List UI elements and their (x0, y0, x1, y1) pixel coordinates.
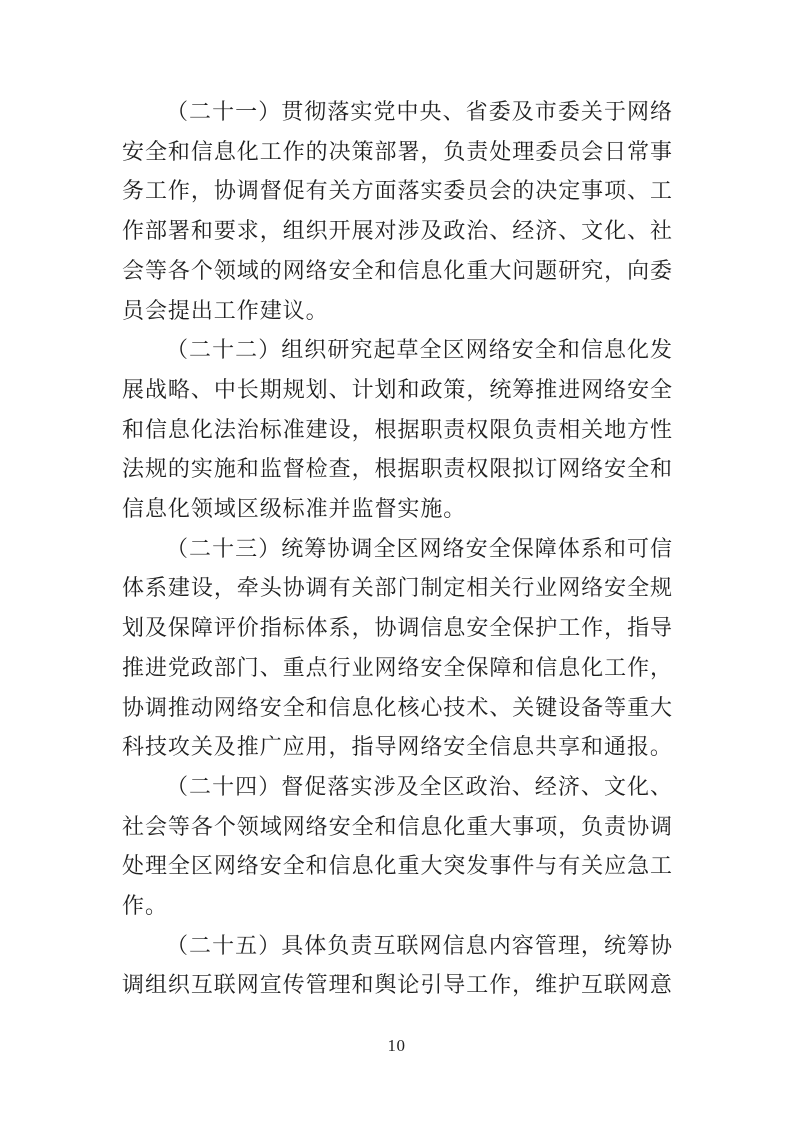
page-number: 10 (388, 1036, 406, 1055)
page-body: （二十一）贯彻落实党中央、省委及市委关于网络安全和信息化工作的决策部署，负责处理… (122, 92, 673, 1005)
document-page: （二十一）贯彻落实党中央、省委及市委关于网络安全和信息化工作的决策部署，负责处理… (0, 0, 793, 1122)
paragraph-22: （二十二）组织研究起草全区网络安全和信息化发展战略、中长期规划、计划和政策，统筹… (122, 330, 673, 529)
page-footer: 10 (0, 1036, 793, 1056)
paragraph-25: （二十五）具体负责互联网信息内容管理，统筹协调组织互联网宣传管理和舆论引导工作，… (122, 926, 673, 1005)
paragraph-24: （二十四）督促落实涉及全区政治、经济、文化、社会等各个领域网络安全和信息化重大事… (122, 767, 673, 926)
paragraph-23: （二十三）统筹协调全区网络安全保障体系和可信体系建设，牵头协调有关部门制定相关行… (122, 529, 673, 767)
paragraph-21: （二十一）贯彻落实党中央、省委及市委关于网络安全和信息化工作的决策部署，负责处理… (122, 92, 673, 330)
